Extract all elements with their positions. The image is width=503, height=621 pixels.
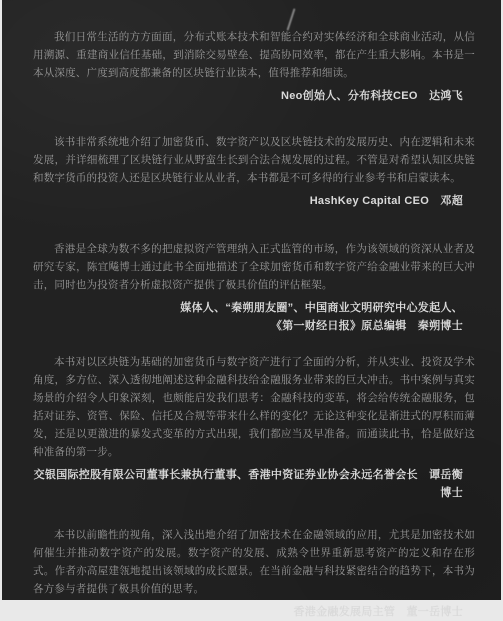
testimonial-block: 香港是全球为数不多的把虚拟资产管理纳入正式监管的市场，作为该领域的资深从业者及研… xyxy=(33,240,475,335)
testimonial-attribution: HashKey Capital CEO 邓超 xyxy=(33,192,475,210)
testimonial-block: 我们日常生活的方方面面，分布式账本技术和智能合约对实体经济和全球商业活动，从信用… xyxy=(33,28,475,105)
testimonial-block: 该书非常系统地介绍了加密货币、数字资产以及区块链技术的发展历史、内在逻辑和未来发… xyxy=(33,133,475,210)
testimonial-quote: 香港是全球为数不多的把虚拟资产管理纳入正式监管的市场，作为该领域的资深从业者及研… xyxy=(33,240,475,294)
testimonial-attribution: Neo创始人、分布科技CEO 达鸿飞 xyxy=(33,87,475,105)
testimonial-attribution: 交银国际控股有限公司董事长兼执行董事、香港中资证券业协会永远名誉会长 谭岳衡博士 xyxy=(33,466,475,502)
testimonial-block: 本书对以区块链为基础的加密货币与数字资产进行了全面的分析，并从实业、投资及学术角… xyxy=(33,353,475,502)
book-page-panel: 我们日常生活的方方面面，分布式账本技术和智能合约对实体经济和全球商业活动，从信用… xyxy=(2,0,501,600)
testimonial-quote: 该书非常系统地介绍了加密货币、数字资产以及区块链技术的发展历史、内在逻辑和未来发… xyxy=(33,133,475,187)
testimonial-attribution: 媒体人、“秦朔朋友圈”、中国商业文明研究中心发起人、 《第一财经日报》原总编辑 … xyxy=(33,299,475,335)
testimonial-quote: 本书以前瞻性的视角，深入浅出地介绍了加密技术在金融领域的应用，尤其是加密技术如何… xyxy=(33,526,475,598)
testimonial-block: 本书以前瞻性的视角，深入浅出地介绍了加密技术在金融领域的应用，尤其是加密技术如何… xyxy=(33,526,475,600)
testimonial-quote: 本书对以区块链为基础的加密货币与数字资产进行了全面的分析，并从实业、投资及学术角… xyxy=(33,353,475,461)
testimonial-quote: 我们日常生活的方方面面，分布式账本技术和智能合约对实体经济和全球商业活动，从信用… xyxy=(33,28,475,82)
